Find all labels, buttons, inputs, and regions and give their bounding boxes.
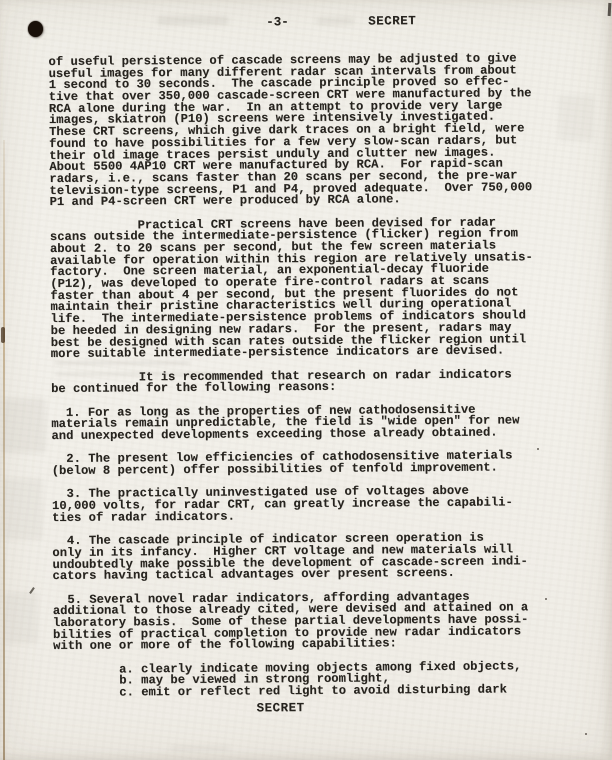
paragraph: 4. The cascade principle of indicator sc… — [52, 532, 535, 583]
paragraph: of useful persistence of cascade screens… — [48, 53, 532, 209]
text-line: and unexpected developments exceeding th… — [51, 427, 534, 442]
text-line: P1 and P4-screen CRT were produced by RC… — [50, 193, 533, 208]
paragraph: a. clearly indicate moving objects among… — [53, 661, 536, 700]
text-line: ties of radar indicators. — [52, 509, 535, 524]
document-body: of useful persistence of cascade screens… — [48, 53, 536, 711]
text-line: more suitable intermediate-persistence i… — [51, 345, 534, 360]
text-line: be continued for the following reasons: — [51, 380, 534, 395]
text-line: (below 8 percent) offer possibilities of… — [52, 462, 535, 477]
text-line: cators having tactical advantages over p… — [52, 567, 535, 582]
paragraph: Practical CRT screens have been devised … — [50, 217, 534, 361]
paragraph: 2. The present low efficiencies of catho… — [52, 451, 535, 478]
classification-header: SECRET — [368, 14, 416, 28]
page-number: -3- — [266, 15, 289, 29]
typewritten-content-layer: -3- SECRET of useful persistence of casc… — [0, 0, 612, 760]
paragraph: It is recommended that research on radar… — [51, 369, 534, 396]
paragraph: 1. For as long as the properties of new … — [51, 404, 534, 443]
text-line: c. emit or reflect red light to avoid di… — [53, 684, 536, 699]
paragraph: 3. The practically uninvestigated use of… — [52, 486, 535, 525]
paragraph: 5. Several novel radar indicators, affor… — [53, 591, 536, 653]
text-line: with one or more of the following capabi… — [53, 638, 536, 653]
scanned-document-page: -3- SECRET of useful persistence of casc… — [0, 0, 612, 760]
classification-footer: SECRET — [257, 701, 305, 715]
